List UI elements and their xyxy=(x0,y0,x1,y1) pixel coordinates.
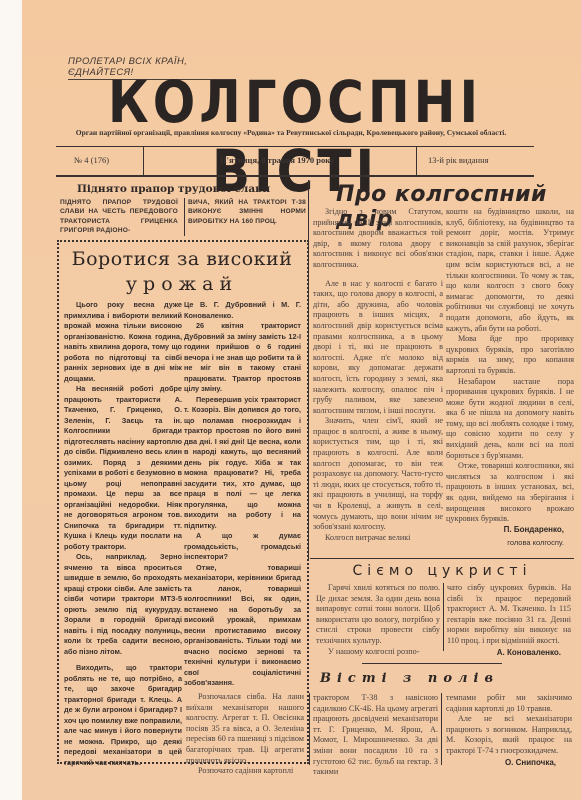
harvest-title-line1: Боротися за високий xyxy=(60,247,304,271)
household-col2: кошти на будівництво школи, на клуб, біб… xyxy=(446,207,574,525)
fields-col3: темпами робіт ми закінчимо садіння карто… xyxy=(446,693,572,757)
harvest-title-line2: урожай xyxy=(60,272,304,296)
sugar-title: Сіємо цукристі xyxy=(310,563,574,579)
paragraph: 26 квітня тракторист Дубровний за зміну … xyxy=(184,321,301,395)
paragraph: Отже, товариші колгоспники, які числятьс… xyxy=(446,461,574,525)
sugar-signature: А. Коноваленко. xyxy=(447,648,561,657)
newspaper-subtitle: Орган партійної організації, правління к… xyxy=(56,128,526,137)
paragraph: Розпочато садіння картоплі xyxy=(186,766,304,777)
paragraph: Але не всі механізатори працюють з вогни… xyxy=(446,714,572,756)
fields-col1: Розпочалася сівба. На лани виїхали механ… xyxy=(186,692,304,777)
paragraph: Згідно з новим Статутом, прийнятим на II… xyxy=(313,207,443,271)
paragraph: Перевершив усіх тракторист т. Козоріз. В… xyxy=(184,395,301,532)
issue-number: № 4 (176) xyxy=(74,155,109,165)
paragraph: чато сівбу цукрових буряків. На сівбі їх… xyxy=(447,583,571,647)
paragraph: У нашому колгоспі розпо- xyxy=(316,647,440,658)
paragraph: кошти на будівництво школи, на клуб, біб… xyxy=(446,207,574,334)
household-signature-title: голова колгоспу. xyxy=(446,538,564,547)
issue-bar-divider xyxy=(143,146,144,176)
column-rule xyxy=(184,198,185,236)
issue-year: 13-й рік видання xyxy=(428,155,489,165)
fields-col2: трактором Т-38 з навісною садилкою СК-4Б… xyxy=(313,693,438,778)
fields-signature: О. Снипочка, xyxy=(446,758,556,767)
column-rule xyxy=(309,693,310,765)
paragraph: А що ж думає громадськість, громадські і… xyxy=(184,531,301,563)
issue-bar-bottom-rule xyxy=(56,175,534,177)
paragraph: Розпочалася сівба. На лани виїхали механ… xyxy=(186,692,304,766)
household-col1: Згідно з новим Статутом, прийнятим на II… xyxy=(313,207,443,543)
paragraph: Мова йде про проривку цукрових буряків, … xyxy=(446,334,574,376)
paragraph: Ось, наприклад. Зерно ячменю та вівса пр… xyxy=(64,552,182,657)
section-rule xyxy=(310,558,574,559)
paragraph: Гарячі хвилі котяться по полю. Це дихає … xyxy=(316,583,440,647)
issue-date: П'ятниця, 8 травня 1970 року xyxy=(220,155,334,165)
paragraph: темпами робіт ми закінчимо садіння карто… xyxy=(446,693,572,714)
household-signature-name: П. Бондаренко, xyxy=(446,525,564,534)
banner-text-col1: Піднято прапор трудової слави на честь п… xyxy=(60,198,178,236)
harvest-col2: Це В. Г. Дубровний і М. Г. Коноваленко. … xyxy=(184,300,301,689)
banner-text-col2: вича, який на тракторі Т-38 виконує змін… xyxy=(188,198,306,226)
paragraph: Незабаром настане пора проривання цукров… xyxy=(446,377,574,462)
paragraph: Виходить, що трактори роблять не те, що … xyxy=(64,663,182,768)
column-rule xyxy=(441,693,442,765)
issue-bar-divider xyxy=(416,146,417,176)
sugar-col2: чато сівбу цукрових буряків. На сівбі їх… xyxy=(447,583,571,647)
paragraph: Це В. Г. Дубровний і М. Г. Коноваленко. xyxy=(184,300,301,321)
issue-bar-top-rule xyxy=(56,146,534,147)
paragraph: Але в нас у колгоспі є багато і таких, щ… xyxy=(313,279,443,417)
fields-title: Вісті з полів xyxy=(320,671,499,686)
harvest-title-text: урожай xyxy=(126,273,238,295)
column-rule xyxy=(308,180,309,560)
paragraph: Цього року весна дуже примхлива і виборю… xyxy=(64,300,182,384)
banner-headline: Піднято прапор трудової слави xyxy=(77,183,270,195)
harvest-col1: Цього року весна дуже примхлива і виборю… xyxy=(64,300,182,768)
paragraph: трактором Т-38 з навісною садилкою СК-4Б… xyxy=(313,693,438,778)
sugar-col1: Гарячі хвилі котяться по полю. Це дихає … xyxy=(316,583,440,657)
paragraph: Значить, член сім'ї, який не працює в ко… xyxy=(313,416,443,533)
paragraph: Колгосп витрачає великі xyxy=(313,533,443,544)
paragraph: На весняній роботі добре працюють тракто… xyxy=(64,384,182,552)
section-rule xyxy=(362,663,502,664)
column-rule xyxy=(443,583,444,651)
paragraph: Отже, товариші механізатори, керівники б… xyxy=(184,563,301,689)
